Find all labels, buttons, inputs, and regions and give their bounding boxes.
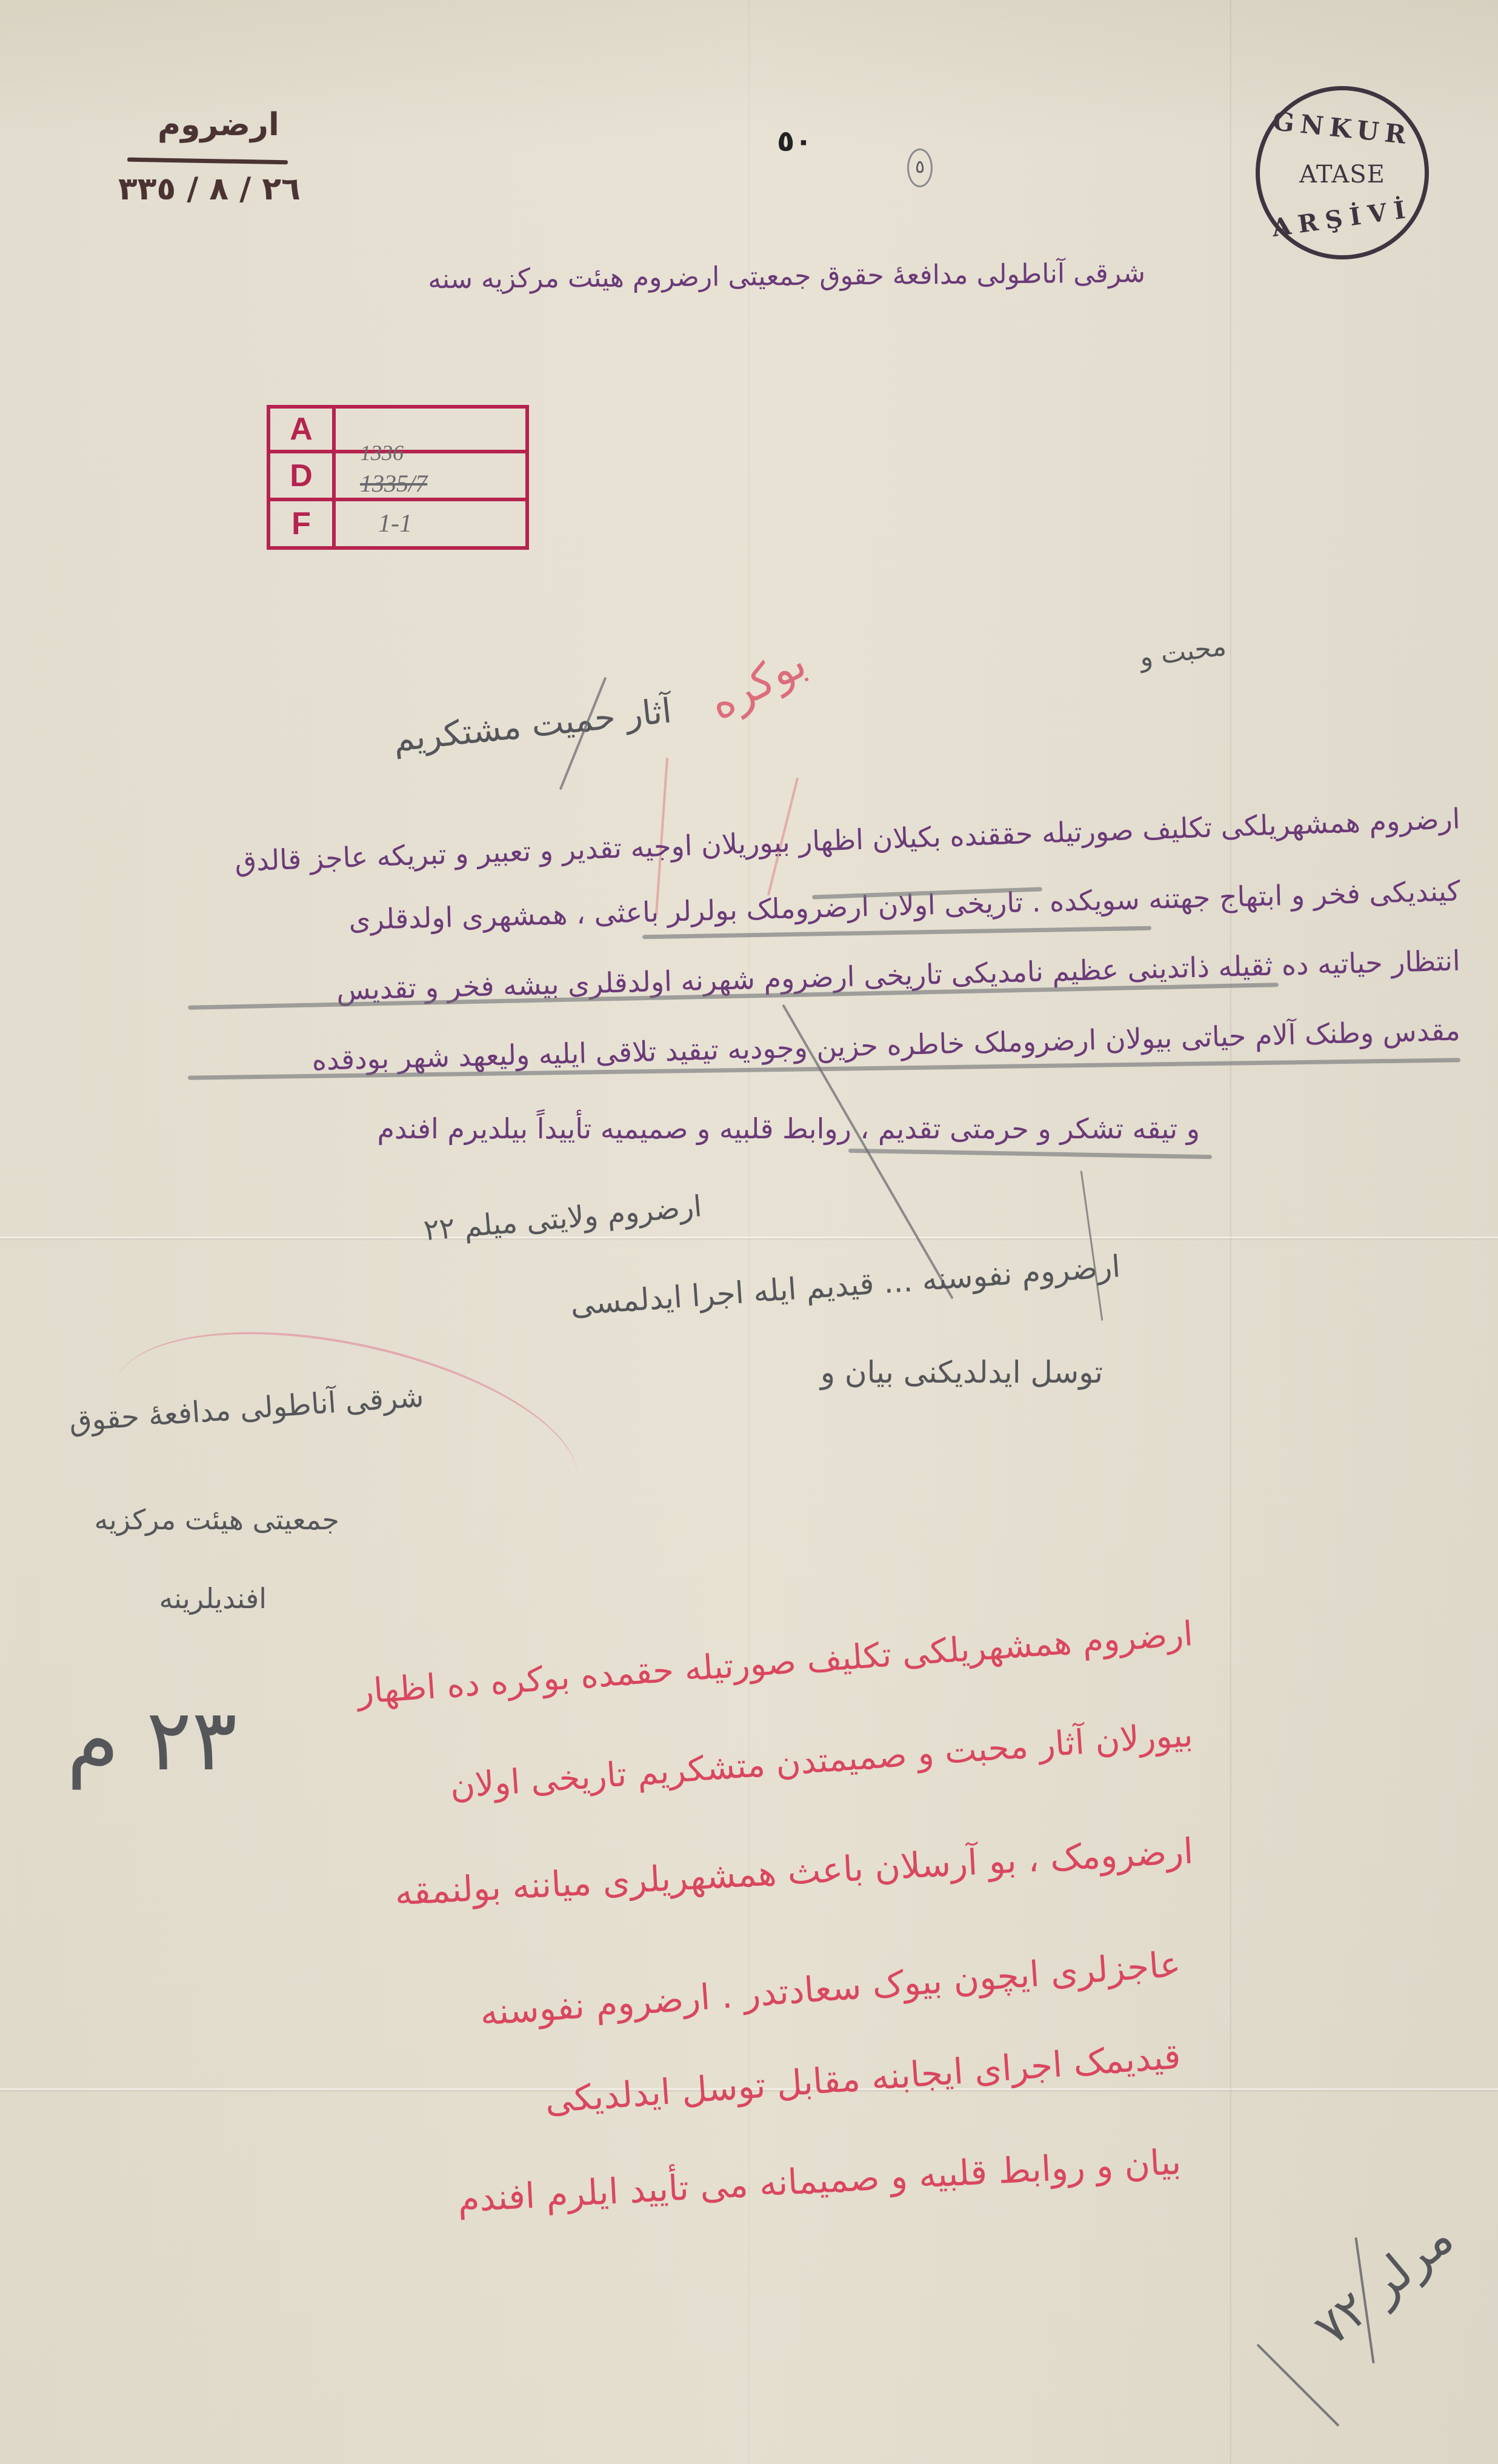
pencil-strikethrough <box>848 1149 1212 1159</box>
pencil-left-block-line: جمعیتی هیئت مرکزیه <box>36 1503 339 1536</box>
pencil-side-number: ٣٢ م <box>67 1691 238 1790</box>
top-left-place-note: ارضروم <box>158 107 279 143</box>
header-addressee-line: شرقی آناطولی مدافعهٔ حقوق جمعیتی ارضروم … <box>467 258 1145 295</box>
purple-body-line: انتظار حیاتیه ده ثقیله ذاتدینی عظیم نامد… <box>188 944 1461 1010</box>
bottom-right-pencil-mark: مرلر ٢٧ <box>1303 2209 1463 2357</box>
pencil-line: توسل ایدلدیکنی بیان و <box>582 1355 1103 1390</box>
purple-body-line: ارضروم همشهریلکی تکلیف صورتیله حققنده بک… <box>188 802 1461 879</box>
pencil-line: ارضروم نفوسنه ... قیدیم ایله اجرا ایدلمس… <box>424 1249 1121 1332</box>
red-margin-note: بوکره <box>700 636 814 729</box>
purple-body-line: و تیقه تشکر و حرمتی تقدیم ، روابط قلبیه … <box>388 1112 1200 1145</box>
purple-body-line: کیندیکی فخر و ابتهاج جهتنه سویکده . تاری… <box>188 875 1461 941</box>
top-left-note-underline <box>127 158 288 165</box>
adf-label-a: A <box>270 409 336 453</box>
pencil-bracket-stroke <box>1080 1170 1104 1321</box>
red-body-line: بیورلان آثار محبت و صمیمتدن متشکریم تاری… <box>315 1715 1194 1816</box>
salutation-line-1: محبت و <box>1137 630 1228 673</box>
gnkur-atase-archive-stamp: GNKUR ATASE ARŞİVİ <box>1256 86 1429 259</box>
stamp-top-text: GNKUR <box>1259 105 1426 152</box>
adf-label-f: F <box>270 501 336 546</box>
adf-value-f: 1-1 <box>336 501 525 546</box>
stamp-bottom-text: ARŞİVİ <box>1259 193 1426 244</box>
paper-crease-vertical <box>1230 0 1231 2464</box>
adf-value-d-original: 1335/7 <box>360 469 427 498</box>
adf-value-d: 1336 1335/7 <box>336 453 525 501</box>
pencil-strikethrough <box>642 926 1151 940</box>
pencil-left-block-line: افندیلرینه <box>55 1582 267 1615</box>
red-body-line: ارضرومک ، بو آرسلان باعث همشهریلری میانن… <box>254 1830 1194 1920</box>
stamp-middle-text: ATASE <box>1260 161 1425 189</box>
pencil-mark-stroke <box>1256 2343 1339 2426</box>
red-body-line: بیان و روابط قلبیه و صمیمانه می تأیید ای… <box>302 2141 1182 2228</box>
adf-value-d-correction: 1336 <box>360 440 404 466</box>
adf-archive-box: A D 1336 1335/7 F 1-1 <box>267 405 529 550</box>
top-left-date-note: ٢٦ / ٨ / ٣٣٥ <box>118 171 301 207</box>
red-body-line: عاجزلری ایچون بیوک سعادتدر . ارضروم نفوس… <box>242 1943 1182 2050</box>
salutation-line-2: آثار حمیت مشتکریم <box>211 691 674 778</box>
page-number: ٥٠ <box>777 124 813 158</box>
pencil-line: ارضروم ولایتی میلم ٢٢ <box>36 1189 704 1281</box>
circled-folio-number: ٥ <box>907 149 933 187</box>
red-body-line: ارضروم همشهریلکی تکلیف صورتیله حقمده بوک… <box>375 1614 1194 1711</box>
red-body-line: قیدیمک اجرای ایجابنه مقابل توسل ایدلدیکی <box>272 2035 1182 2140</box>
adf-label-d: D <box>270 453 336 501</box>
document-page: ارضروم ٢٦ / ٨ / ٣٣٥ ٥٠ ٥ GNKUR ATASE ARŞ… <box>0 0 1498 2464</box>
